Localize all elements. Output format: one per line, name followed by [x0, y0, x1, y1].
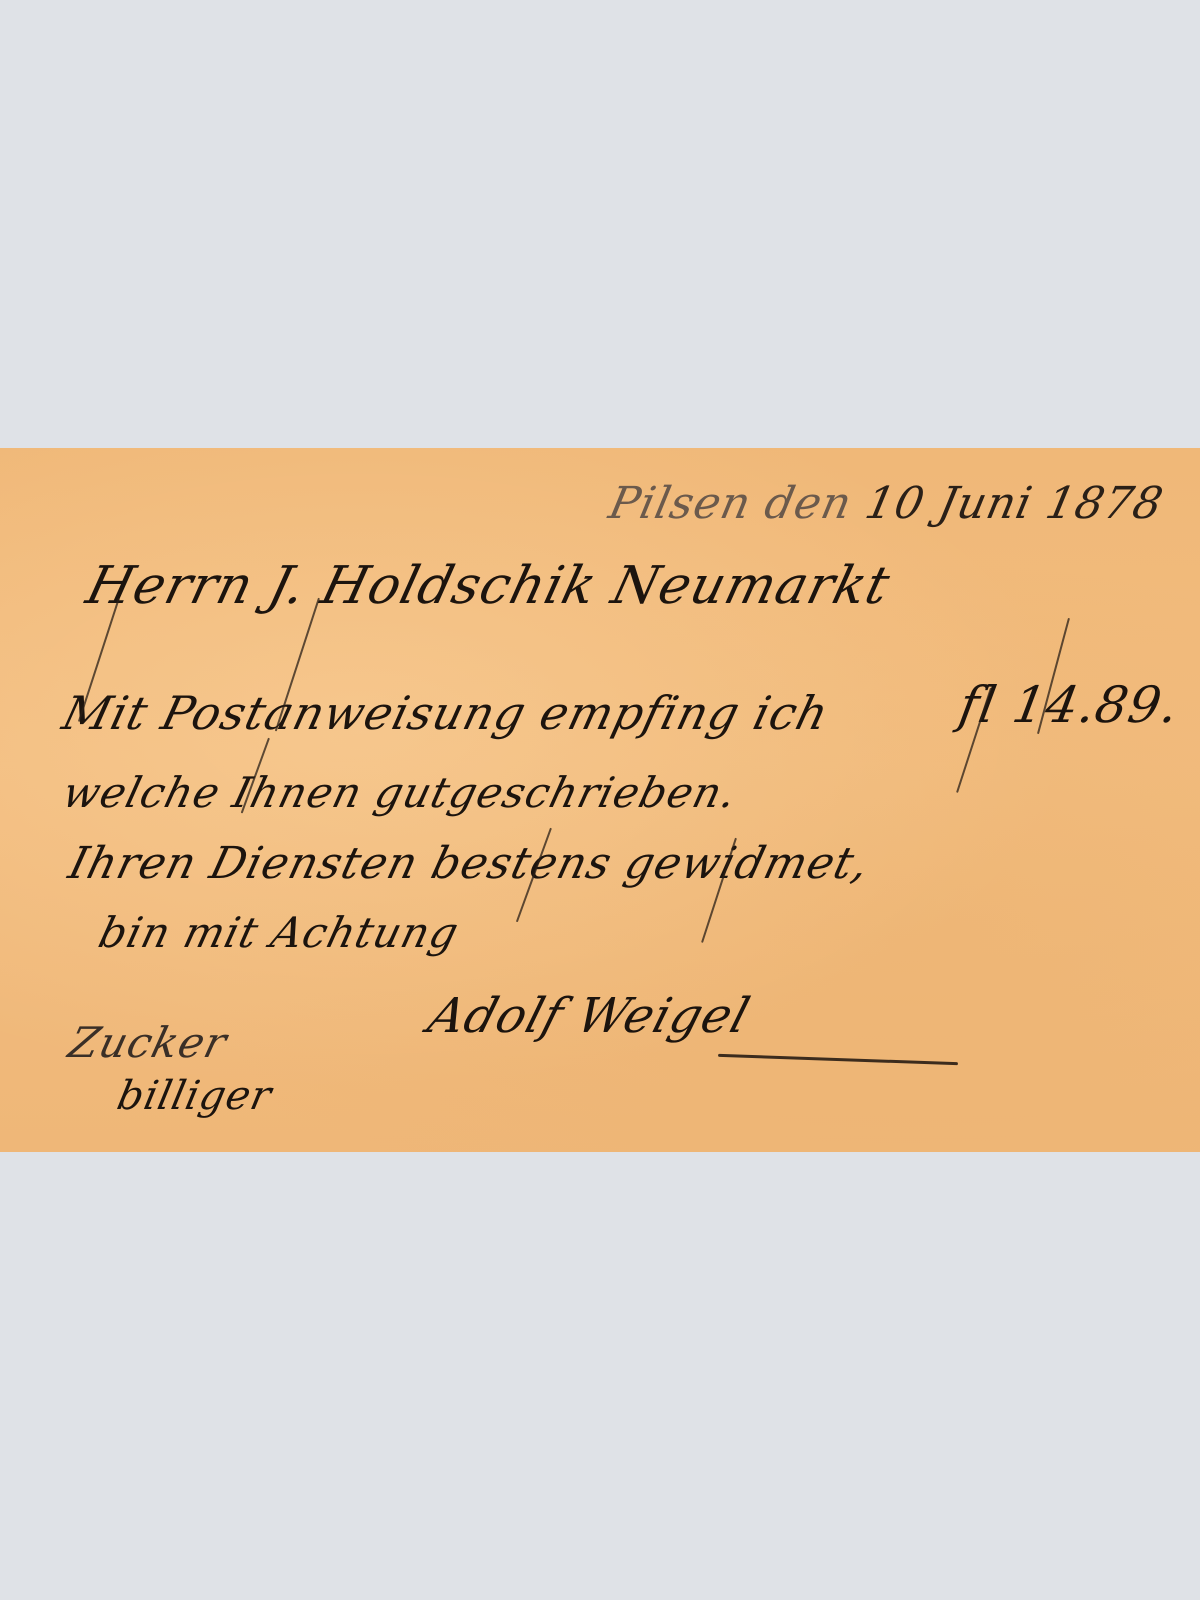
body-line-1: Mit Postanweisung empfing ich: [57, 686, 834, 740]
dateline: Pilsen den 10 Juni 1878: [605, 478, 1168, 529]
body-line-3: Ihren Diensten bestens gewidmet,: [64, 838, 875, 889]
postscript-line-2: billiger: [113, 1073, 276, 1119]
signature: Adolf Weigel: [422, 988, 756, 1044]
amount: fl 14.89.: [955, 676, 1184, 734]
body-line-2: welche Ihnen gutgeschrieben.: [58, 768, 742, 817]
body-line-4: bin mit Achtung: [94, 908, 464, 957]
signature-underline: [718, 1054, 958, 1065]
dateline-month: Juni: [934, 478, 1037, 529]
salutation-address: Herrn J. Holdschik Neumarkt: [81, 556, 897, 616]
dateline-year: 1878: [1041, 478, 1168, 529]
dateline-place: Pilsen: [605, 478, 757, 529]
postscript-line-1: Zucker: [64, 1018, 232, 1067]
dateline-connector: den: [760, 478, 856, 529]
postcard: Pilsen den 10 Juni 1878 Herrn J. Holdsch…: [0, 448, 1200, 1152]
dateline-day: 10: [861, 478, 930, 529]
page: Pilsen den 10 Juni 1878 Herrn J. Holdsch…: [0, 0, 1200, 1600]
